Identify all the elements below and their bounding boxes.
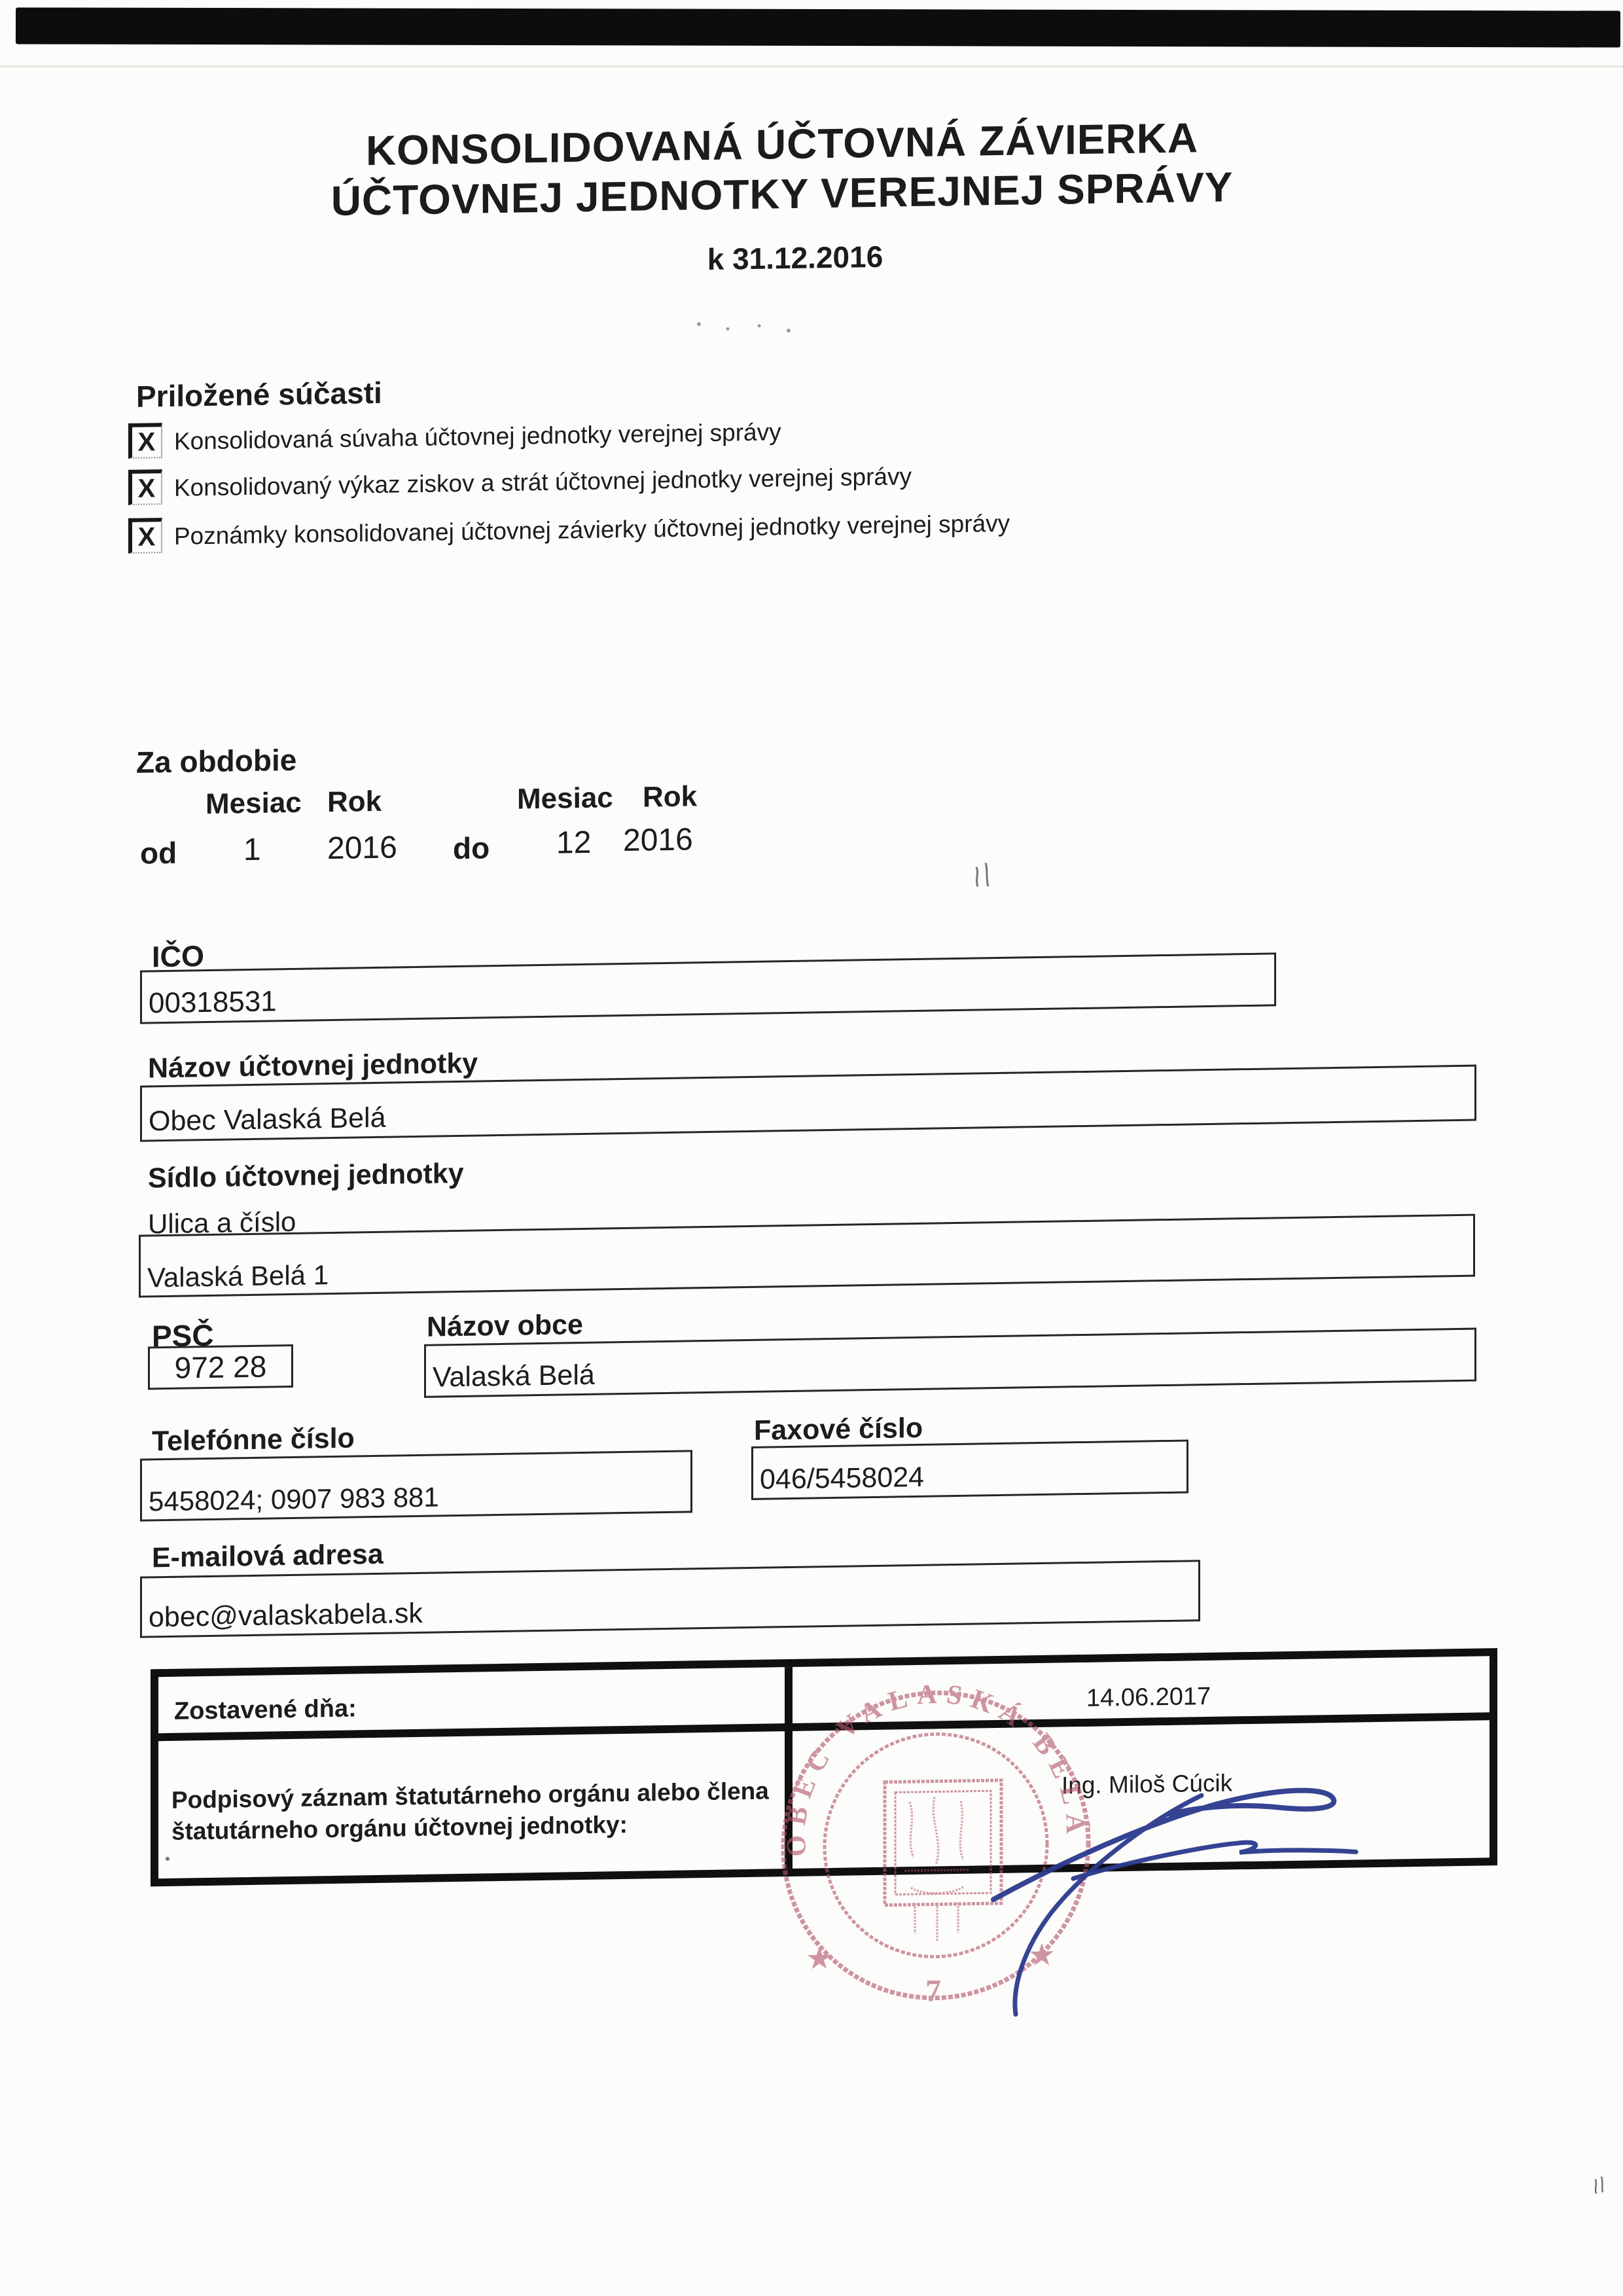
- checkbox-poznamky: X: [128, 518, 162, 554]
- page-title: KONSOLIDOVANÁ ÚČTOVNÁ ZÁVIERKA ÚČTOVNEJ …: [0, 107, 1564, 231]
- phone-value: 5458024; 0907 983 881: [149, 1481, 439, 1517]
- checkbox-suvaha: X: [128, 423, 162, 459]
- ico-value: 00318531: [149, 985, 277, 1020]
- checkbox-vykaz: X: [128, 469, 162, 505]
- zip-value: 972 28: [175, 1349, 267, 1386]
- checkbox-poznamky-label: Poznámky konsolidovanej účtovnej závierk…: [174, 510, 1010, 550]
- checkbox-vykaz-label: Konsolidovaný výkaz ziskov a strát účtov…: [174, 463, 912, 502]
- stamp-bottom-number: 7: [925, 1973, 941, 2008]
- fax-field: 046/5458024: [751, 1439, 1188, 1499]
- entity-name-value: Obec Valaská Belá: [149, 1102, 386, 1138]
- as-of-date: k 31.12.2016: [0, 228, 1590, 288]
- signature-table-row-divider: [158, 1712, 1489, 1741]
- stamp-star-right-icon: ★: [1029, 1941, 1054, 1971]
- period-from-month-value: 1: [243, 832, 261, 868]
- signature-table-column-divider: [785, 1667, 793, 1869]
- period-from-year-header: Rok: [327, 785, 382, 819]
- seat-heading: Sídlo účtovnej jednotky: [148, 1158, 464, 1195]
- checkbox-suvaha-mark: X: [138, 427, 156, 457]
- street-field: Valaská Belá 1: [139, 1214, 1475, 1298]
- document-content: KONSOLIDOVANÁ ÚČTOVNÁ ZÁVIERKA ÚČTOVNEJ …: [0, 0, 1623, 2296]
- email-value: obec@valaskabela.sk: [149, 1598, 423, 1634]
- scanned-page: KONSOLIDOVANÁ ÚČTOVNÁ ZÁVIERKA ÚČTOVNEJ …: [0, 0, 1623, 2296]
- attachments-heading: Priložené súčasti: [136, 375, 382, 414]
- period-from-label: od: [140, 835, 177, 871]
- compiled-on-date: 14.06.2017: [1086, 1683, 1211, 1713]
- phone-field: 5458024; 0907 983 881: [140, 1450, 692, 1521]
- checkbox-suvaha-label: Konsolidovaná súvaha účtovnej jednotky v…: [174, 418, 781, 456]
- stamp-star-left-icon: ★: [807, 1944, 832, 1975]
- street-value: Valaská Belá 1: [147, 1259, 329, 1293]
- period-to-label: do: [453, 830, 490, 866]
- checkbox-vykaz-mark: X: [138, 474, 156, 503]
- fax-label: Faxové číslo: [754, 1412, 923, 1447]
- signature-table: [151, 1648, 1497, 1886]
- email-label: E-mailová adresa: [152, 1539, 383, 1575]
- zip-field: 972 28: [148, 1344, 293, 1390]
- period-heading: Za obdobie: [136, 742, 296, 780]
- town-label: Názov obce: [427, 1309, 583, 1344]
- checkbox-poznamky-mark: X: [138, 522, 156, 552]
- period-from-year-value: 2016: [327, 829, 397, 867]
- ico-field: 00318531: [140, 952, 1276, 1024]
- overlay-graphics: OBEC VALASKÁ BELÁ ★ ★ 7: [0, 0, 1623, 2296]
- entity-name-label: Názov účtovnej jednotky: [148, 1048, 478, 1085]
- period-from-month-header: Mesiac: [205, 787, 302, 821]
- town-value: Valaská Belá: [433, 1359, 595, 1394]
- phone-label: Telefónne číslo: [152, 1422, 355, 1458]
- period-to-month-header: Mesiac: [517, 781, 613, 816]
- compiled-on-label: Zostavené dňa:: [174, 1695, 357, 1725]
- fax-value: 046/5458024: [760, 1462, 924, 1496]
- period-to-year-header: Rok: [643, 780, 697, 814]
- period-to-month-value: 12: [556, 825, 591, 861]
- period-to-year-value: 2016: [623, 821, 693, 859]
- signer-name: Ing. Miloš Cúcik: [1061, 1769, 1232, 1799]
